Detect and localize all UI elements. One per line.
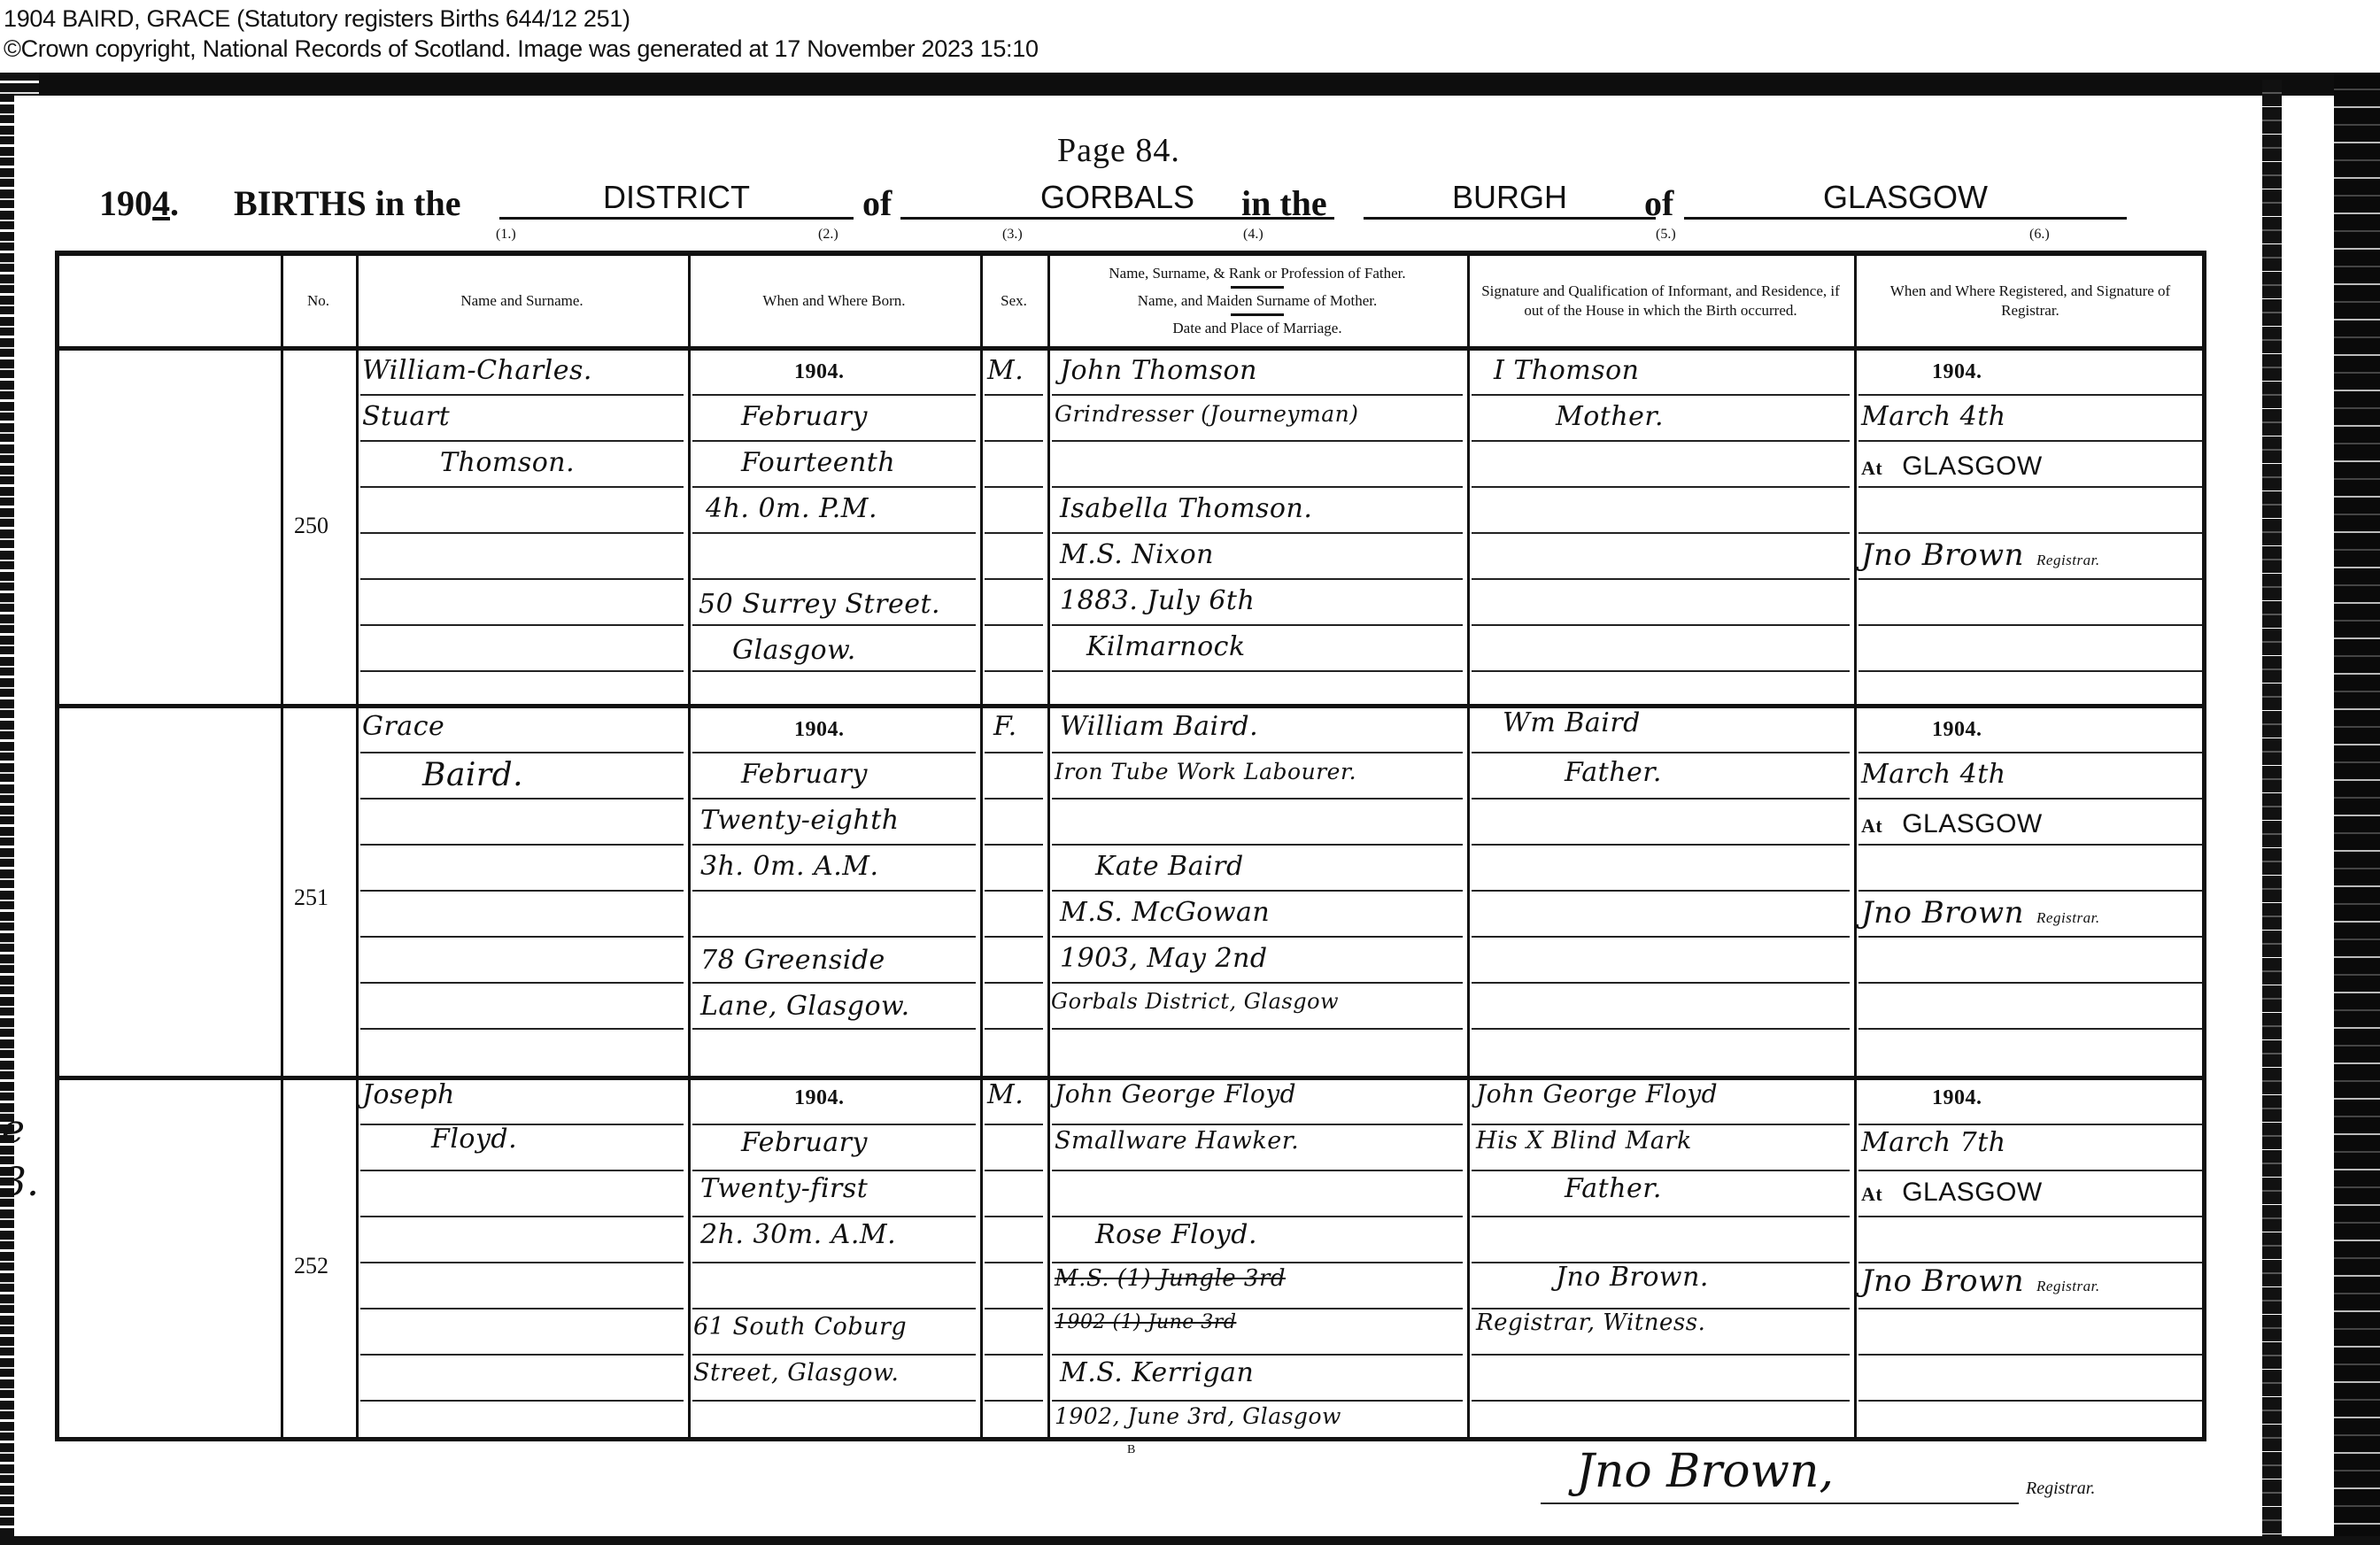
- title-year: 1904.: [99, 182, 179, 224]
- ruled-line: [1472, 394, 1850, 396]
- struck-out-text: 1902 (1) June 3rd: [1055, 1311, 1236, 1333]
- ruled-line: [1858, 982, 2202, 984]
- ruled-line: [360, 1308, 684, 1309]
- marriage-place: Gorbals District, Glasgow: [1051, 989, 1339, 1014]
- ruled-line: [985, 1124, 1043, 1125]
- ruled-line: [692, 578, 976, 580]
- ruled-line: [1052, 936, 1463, 938]
- header-born: When and Where Born.: [688, 256, 980, 346]
- divider: [1231, 286, 1284, 289]
- marriage-date: 1883. July 6th: [1060, 585, 1255, 616]
- father-occupation: Smallware Hawker.: [1055, 1127, 1299, 1155]
- child-name: Stuart: [362, 401, 450, 432]
- birth-year: 1904.: [794, 1086, 845, 1110]
- ruled-line: [1472, 1124, 1850, 1125]
- ruled-line: [360, 1170, 684, 1171]
- ruled-line: [1472, 1400, 1850, 1402]
- ruled-line: [1052, 578, 1463, 580]
- ruled-line: [1052, 1124, 1463, 1125]
- header-name: Name and Surname.: [356, 256, 688, 346]
- mother-name: Rose Floyd.: [1095, 1219, 1257, 1250]
- informant-mark: His X Blind Mark: [1476, 1127, 1692, 1155]
- ruled-line: [692, 936, 976, 938]
- ruled-line: [360, 1216, 684, 1217]
- birth-day: Twenty-eighth: [700, 805, 900, 836]
- entry-separator: [59, 704, 281, 708]
- father-name: William Baird.: [1060, 711, 1258, 742]
- birth-day: Fourteenth: [741, 447, 895, 478]
- birth-town: Lane, Glasgow.: [700, 991, 910, 1022]
- ruled-line: [692, 1400, 976, 1402]
- mother-maiden-name: M.S. Kerrigan: [1060, 1357, 1254, 1388]
- ruled-line: [1052, 890, 1463, 892]
- ruled-line: [360, 798, 684, 800]
- of-label-2: of: [1644, 182, 1673, 224]
- birth-time: 2h. 30m. A.M.: [700, 1219, 896, 1250]
- child-surname: Thomson.: [440, 447, 575, 478]
- ruled-line: [1052, 752, 1463, 753]
- ruled-line: [1052, 1308, 1463, 1309]
- binding-edge: [2334, 73, 2380, 1545]
- ruled-line: [985, 890, 1043, 892]
- ruled-line: [1472, 578, 1850, 580]
- header-registered: When and Where Registered, and Signature…: [1854, 256, 2206, 346]
- ruled-line: [1858, 1354, 2202, 1356]
- ruled-line: [1472, 1216, 1850, 1217]
- column-divider: [356, 256, 359, 1437]
- ruled-line: [1472, 670, 1850, 672]
- informant-qualification: Father.: [1565, 757, 1662, 788]
- ruled-line: [692, 890, 976, 892]
- ruled-line: [360, 844, 684, 846]
- header-separator: [59, 346, 2202, 351]
- birth-address: 50 Surrey Street.: [699, 589, 940, 620]
- ruled-line: [1472, 752, 1850, 753]
- column-marker: (1.): [496, 227, 516, 243]
- birth-address: 78 Greenside: [700, 945, 885, 976]
- ruled-line: [1858, 440, 2202, 442]
- registration-place: AtGLASGOW: [1861, 808, 2043, 839]
- births-label: BIRTHS in the: [234, 182, 460, 224]
- ruled-line: [985, 1262, 1043, 1263]
- registration-year: 1904.: [1932, 718, 1982, 742]
- margin-note: e: [2, 1107, 25, 1152]
- births-register-table: No. Name and Surname. When and Where Bor…: [55, 251, 2206, 1441]
- ruled-line: [1858, 532, 2202, 534]
- marriage-date: 1903, May 2nd: [1060, 943, 1268, 974]
- entry-separator: [59, 1076, 281, 1080]
- column-divider: [1047, 256, 1050, 1437]
- ruled-line: [1472, 1354, 1850, 1356]
- birth-time: 4h. 0m. P.M.: [706, 493, 877, 524]
- ruled-line: [985, 982, 1043, 984]
- ruled-line: [1858, 578, 2202, 580]
- ruled-line: [1472, 798, 1850, 800]
- column-divider: [281, 256, 283, 1437]
- registrar-signature: Jno BrownRegistrar.: [1861, 1263, 2100, 1299]
- ruled-line: [1052, 798, 1463, 800]
- ruled-line: [1472, 936, 1850, 938]
- ruled-line: [692, 1216, 976, 1217]
- marriage-date-place: 1902, June 3rd, Glasgow: [1055, 1403, 1341, 1429]
- ruled-line: [1858, 1124, 2202, 1125]
- ruled-line: [1858, 394, 2202, 396]
- child-surname: Floyd.: [431, 1124, 517, 1155]
- entry-number: 251: [294, 885, 328, 911]
- ruled-line: [1858, 890, 2202, 892]
- ruled-line: [692, 752, 976, 753]
- ruled-line: [985, 670, 1043, 672]
- ruled-line: [360, 752, 684, 753]
- ruled-line: [1052, 1262, 1463, 1263]
- ruled-line: [1052, 486, 1463, 488]
- ruled-line: [1858, 1216, 2202, 1217]
- ruled-line: [985, 1216, 1043, 1217]
- ruled-line: [692, 532, 976, 534]
- ruled-line: [692, 982, 976, 984]
- scan-border-top: [0, 73, 2380, 96]
- ruled-line: [1052, 440, 1463, 442]
- informant-signature: Wm Baird: [1503, 707, 1641, 738]
- father-occupation: Iron Tube Work Labourer.: [1055, 759, 1356, 784]
- page-margin: [14, 96, 39, 1545]
- entry-number: 252: [294, 1253, 328, 1279]
- header-parents: Name, Surname, & Rank or Profession of F…: [1047, 256, 1467, 346]
- ruled-line: [1052, 982, 1463, 984]
- ruled-line: [692, 798, 976, 800]
- father-name: John Thomson: [1060, 355, 1257, 386]
- column-divider: [980, 256, 983, 1437]
- column-marker: (2.): [818, 227, 838, 243]
- ruled-line: [1472, 486, 1850, 488]
- ruled-line: [1472, 532, 1850, 534]
- ruled-line: [1052, 844, 1463, 846]
- ruled-line: [692, 1354, 976, 1356]
- ruled-line: [985, 1028, 1043, 1030]
- divider: [1231, 313, 1284, 316]
- ruled-line: [692, 844, 976, 846]
- signature-line: [1541, 1503, 2019, 1504]
- binding-gap: [2282, 96, 2334, 1545]
- ruled-line: [692, 1124, 976, 1125]
- header-marriage: Date and Place of Marriage.: [1172, 319, 1341, 338]
- entry-number: 250: [294, 513, 328, 539]
- ruled-line: [360, 1262, 684, 1263]
- scan-border-bottom: [0, 1536, 2380, 1545]
- ruled-line: [1858, 752, 2202, 753]
- ruled-line: [1052, 532, 1463, 534]
- birth-town: Glasgow.: [732, 635, 856, 666]
- column-divider: [1467, 256, 1470, 1437]
- ruled-line: [1472, 982, 1850, 984]
- registration-date: March 7th: [1861, 1127, 2006, 1158]
- header-father: Name, Surname, & Rank or Profession of F…: [1109, 264, 1405, 283]
- ruled-line: [1052, 1216, 1463, 1217]
- ruled-line: [1052, 1170, 1463, 1171]
- ruled-line: [360, 532, 684, 534]
- child-name: Grace: [362, 711, 444, 742]
- ruled-line: [1858, 798, 2202, 800]
- ruled-line: [985, 1400, 1043, 1402]
- birth-month: February: [741, 401, 868, 432]
- ruled-line: [1858, 936, 2202, 938]
- birth-year: 1904.: [794, 360, 845, 384]
- ruled-line: [692, 624, 976, 626]
- header-mother: Name, and Maiden Surname of Mother.: [1138, 291, 1378, 311]
- ruled-line: [1472, 440, 1850, 442]
- birth-month: February: [741, 1127, 868, 1158]
- ruled-line: [985, 394, 1043, 396]
- ruled-line: [985, 798, 1043, 800]
- father-name: John George Floyd: [1055, 1079, 1296, 1109]
- ruled-line: [985, 844, 1043, 846]
- informant-qualification: Mother.: [1556, 401, 1664, 432]
- ruled-line: [692, 486, 976, 488]
- ruled-line: [360, 440, 684, 442]
- ruled-line: [1858, 1400, 2202, 1402]
- sex: M.: [987, 355, 1024, 386]
- column-marker: (3.): [1002, 227, 1023, 243]
- ruled-line: [985, 440, 1043, 442]
- ruled-line: [1052, 1354, 1463, 1356]
- birth-time: 3h. 0m. A.M.: [700, 851, 879, 882]
- column-marker: (5.): [1656, 227, 1676, 243]
- registration-place: AtGLASGOW: [1861, 1177, 2043, 1208]
- ruled-line: [985, 486, 1043, 488]
- ruled-line: [985, 1308, 1043, 1309]
- ruled-line: [1052, 1400, 1463, 1402]
- ruled-line: [360, 394, 684, 396]
- ruled-line: [1052, 394, 1463, 396]
- child-name: William-Charles.: [362, 355, 592, 386]
- ruled-line: [1052, 1028, 1463, 1030]
- margin-note: 3.: [2, 1160, 39, 1205]
- copyright-notice: ©Crown copyright, National Records of Sc…: [4, 35, 1039, 63]
- register-title: 1904. BIRTHS in the DISTRICT of GORBALS …: [99, 177, 2206, 248]
- ruled-line: [360, 1124, 684, 1125]
- header-informant: Signature and Qualification of Informant…: [1467, 256, 1854, 346]
- ruled-line: [360, 936, 684, 938]
- header-no: No.: [281, 256, 356, 346]
- district-type-field: DISTRICT: [499, 179, 854, 220]
- page-number: Page 84.: [1057, 131, 1180, 170]
- ruled-line: [360, 624, 684, 626]
- registration-year: 1904.: [1932, 1086, 1982, 1110]
- registration-place: AtGLASGOW: [1861, 451, 2043, 482]
- ruled-line: [985, 1170, 1043, 1171]
- sex: F.: [993, 711, 1017, 742]
- ruled-line: [360, 578, 684, 580]
- birth-address: 61 South Coburg: [693, 1313, 907, 1340]
- ruled-line: [985, 752, 1043, 753]
- registrar-signature: Jno BrownRegistrar.: [1861, 537, 2100, 573]
- entry-separator: [281, 704, 2202, 708]
- informant-signature: John George Floyd: [1476, 1079, 1718, 1109]
- ruled-line: [360, 982, 684, 984]
- ruled-line: [360, 1354, 684, 1356]
- ruled-line: [1052, 670, 1463, 672]
- burgh-type-field: BURGH: [1364, 179, 1656, 220]
- in-the-label: in the: [1241, 182, 1327, 224]
- ruled-line: [1858, 670, 2202, 672]
- informant-qualification: Father.: [1565, 1173, 1662, 1204]
- witness-signature: Jno Brown.: [1556, 1262, 1709, 1293]
- ruled-line: [1858, 1028, 2202, 1030]
- ruled-line: [1472, 1170, 1850, 1171]
- column-marker: (6.): [2029, 227, 2050, 243]
- birth-month: February: [741, 759, 868, 790]
- ruled-line: [1472, 624, 1850, 626]
- ruled-line: [1858, 624, 2202, 626]
- sheet-mark: B: [1127, 1443, 1135, 1457]
- ruled-line: [1472, 890, 1850, 892]
- ruled-line: [360, 1028, 684, 1030]
- birth-day: Twenty-first: [700, 1173, 868, 1204]
- header-sex: Sex.: [980, 256, 1047, 346]
- struck-out-text: M.S. (1) Jungle 3rd: [1055, 1265, 1286, 1292]
- registrar-page-signature: Jno Brown,: [1576, 1445, 1834, 1498]
- ruled-line: [1858, 1170, 2202, 1171]
- ruled-line: [692, 394, 976, 396]
- ruled-line: [360, 486, 684, 488]
- ruled-line: [360, 1400, 684, 1402]
- ruled-line: [692, 1308, 976, 1309]
- ruled-line: [692, 1262, 976, 1263]
- binding-strip: [2262, 80, 2282, 1545]
- burgh-name-field: GLASGOW: [1684, 179, 2127, 220]
- registrar-signature: Jno BrownRegistrar.: [1861, 895, 2100, 931]
- registrar-page-label: Registrar.: [2026, 1479, 2095, 1499]
- mother-name: Kate Baird: [1095, 851, 1244, 882]
- ruled-line: [692, 1028, 976, 1030]
- sex: M.: [987, 1079, 1024, 1110]
- child-surname: Baird.: [422, 757, 523, 793]
- ruled-line: [692, 1170, 976, 1171]
- birth-town: Street, Glasgow.: [693, 1359, 899, 1387]
- column-divider: [688, 256, 691, 1437]
- column-divider: [1854, 256, 1857, 1437]
- mother-name: Isabella Thomson.: [1060, 493, 1312, 524]
- mother-maiden-name: M.S. Nixon: [1060, 539, 1214, 570]
- ruled-line: [1472, 844, 1850, 846]
- birth-year: 1904.: [794, 718, 845, 742]
- informant-signature: I Thomson: [1494, 355, 1640, 386]
- record-title: 1904 BAIRD, GRACE (Statutory registers B…: [4, 5, 630, 33]
- ruled-line: [692, 440, 976, 442]
- ruled-line: [1052, 624, 1463, 626]
- registration-year: 1904.: [1932, 360, 1982, 384]
- ruled-line: [360, 890, 684, 892]
- of-label: of: [862, 182, 892, 224]
- ruled-line: [1858, 486, 2202, 488]
- ruled-line: [985, 578, 1043, 580]
- ruled-line: [985, 624, 1043, 626]
- registration-date: March 4th: [1861, 759, 2006, 790]
- witness-qualification: Registrar, Witness.: [1476, 1309, 1705, 1336]
- column-marker: (4.): [1243, 227, 1263, 243]
- marriage-place: Kilmarnock: [1086, 631, 1246, 662]
- ruled-line: [1472, 1028, 1850, 1030]
- ruled-line: [360, 670, 684, 672]
- father-occupation: Grindresser (Journeyman): [1055, 401, 1358, 427]
- ruled-line: [985, 936, 1043, 938]
- mother-maiden-name: M.S. McGowan: [1060, 897, 1270, 928]
- ruled-line: [1858, 844, 2202, 846]
- child-name: Joseph: [362, 1079, 455, 1110]
- registration-date: March 4th: [1861, 401, 2006, 432]
- ruled-line: [985, 532, 1043, 534]
- ruled-line: [1858, 1308, 2202, 1309]
- ruled-line: [692, 670, 976, 672]
- ruled-line: [985, 1354, 1043, 1356]
